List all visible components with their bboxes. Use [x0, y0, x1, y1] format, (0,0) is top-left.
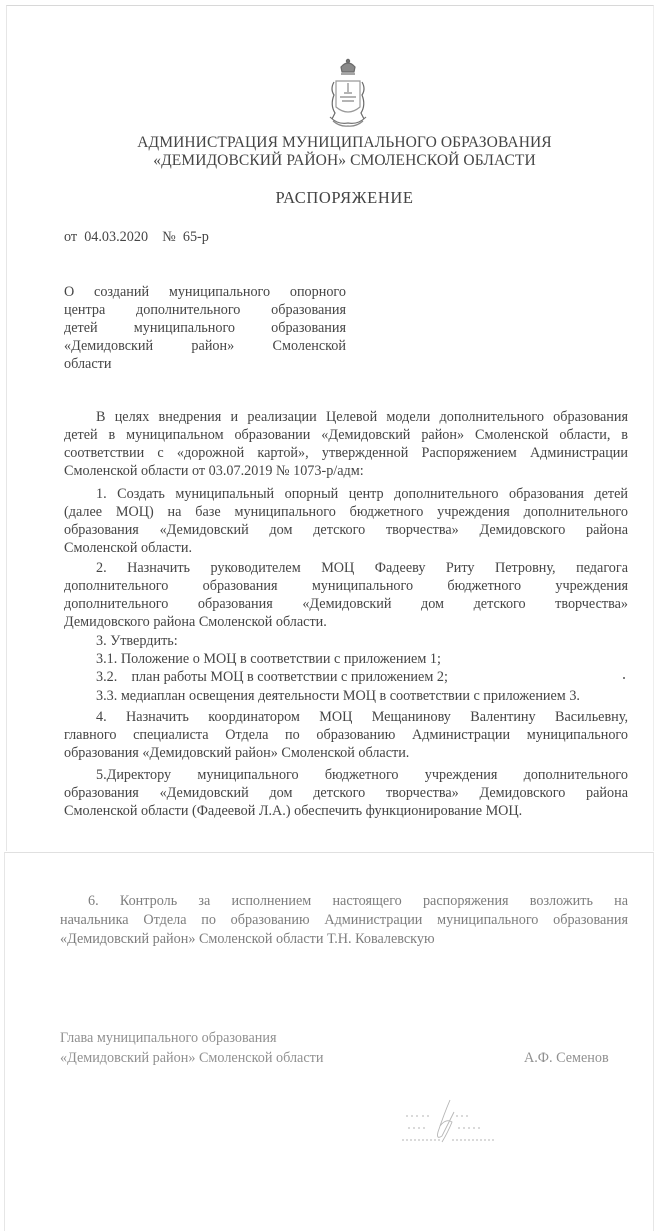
item-3-title: 3. Утвердить: — [96, 633, 178, 650]
item-1-line: (далее МОЦ) на базе муниципального бюдже… — [64, 504, 628, 521]
scan-speck — [623, 677, 625, 679]
item-1-line: 1. Создать муниципальный опорный центр д… — [96, 486, 628, 503]
subject-line: О созданий муниципального опорного — [64, 284, 346, 301]
item-2-line: дополнительного образования муниципально… — [64, 578, 628, 595]
subject-line: «Демидовский район» Смоленской — [64, 338, 346, 355]
item-3-3: 3.3. медиаплан освещения деятельности МО… — [96, 688, 580, 705]
preamble-line: детей в муниципальном образовании «Демид… — [64, 427, 628, 444]
item-2-line: 2. Назначить руководителем МОЦ Фадееву Р… — [96, 560, 628, 577]
subject-line: области — [64, 356, 111, 373]
item-2-line: Демидовского района Смоленской области. — [64, 614, 327, 631]
item-6-line: начальника Отдела по образованию Админис… — [60, 912, 628, 929]
item-2-line: дополнительного образования «Демидовский… — [64, 596, 628, 613]
signatory-name: А.Ф. Семенов — [524, 1050, 609, 1067]
coat-of-arms-icon — [324, 57, 372, 131]
item-5-line: образования «Демидовский дом детского тв… — [64, 785, 628, 802]
date-number-line: от 04.03.2020 № 65-р — [64, 229, 209, 246]
item-5-line: Смоленской области (Фадеевой Л.А.) обесп… — [64, 803, 522, 820]
item-1-line: образования «Демидовский дом детского тв… — [64, 522, 628, 539]
preamble-line: Смоленской области от 03.07.2019 № 1073-… — [64, 463, 364, 480]
item-6-line: 6. Контроль за исполнением настоящего ра… — [88, 893, 628, 910]
item-1-line: Смоленской области. — [64, 540, 192, 557]
item-3-1: 3.1. Положение о МОЦ в соответствии с пр… — [96, 651, 441, 668]
preamble-line: В целях внедрения и реализации Целевой м… — [96, 409, 628, 426]
item-4-line: 4. Назначить координатором МОЦ Мещанинов… — [96, 709, 628, 726]
subject-line: центра дополнительного образования — [64, 302, 346, 319]
document-type-title: РАСПОРЯЖЕНИЕ — [0, 188, 659, 208]
item-3-2: 3.2. план работы МОЦ в соответствии с пр… — [96, 669, 448, 686]
item-6-line: «Демидовский район» Смоленской области Т… — [60, 931, 435, 948]
signatory-position-line-1: Глава муниципального образования — [60, 1030, 277, 1047]
preamble-line: соответствии с «дорожной картой», утверж… — [64, 445, 628, 462]
header-line-2: «ДЕМИДОВСКИЙ РАЙОН» СМОЛЕНСКОЙ ОБЛАСТИ — [0, 152, 659, 170]
item-4-line: главного специалиста Отдела по образован… — [64, 727, 628, 744]
item-4-line: образования «Демидовский район» Смоленск… — [64, 745, 409, 762]
item-5-line: 5.Директору муниципального бюджетного уч… — [96, 767, 628, 784]
handwritten-signature-icon — [398, 1098, 508, 1158]
subject-line: детей муниципального образования — [64, 320, 346, 337]
signatory-position-line-2: «Демидовский район» Смоленской области — [60, 1050, 323, 1067]
header-line-1: АДМИНИСТРАЦИЯ МУНИЦИПАЛЬНОГО ОБРАЗОВАНИЯ — [0, 134, 659, 152]
